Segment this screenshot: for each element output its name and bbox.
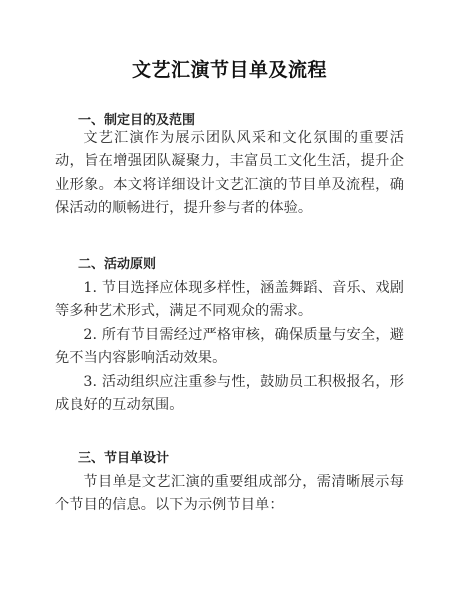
list-item-principle-3: 3. 活动组织应注重参与性，鼓励员工积极报名，形成良好的互动氛围。 — [55, 371, 404, 418]
document-title: 文艺汇演节目单及流程 — [55, 58, 404, 82]
section-heading-principles: 二、活动原则 — [78, 256, 156, 274]
paragraph-program-design: 节目单是文艺汇演的重要组成部分，需清晰展示每个节目的信息。以下为示例节目单： — [55, 471, 404, 518]
section-heading-program-design: 三、节目单设计 — [78, 450, 169, 468]
list-item-principle-1: 1. 节目选择应体现多样性，涵盖舞蹈、音乐、戏剧等多种艺术形式，满足不同观众的需… — [55, 277, 404, 324]
list-item-principle-2: 2. 所有节目需经过严格审核，确保质量与安全，避免不当内容影响活动效果。 — [55, 324, 404, 371]
paragraph-purpose: 文艺汇演作为展示团队风采和文化氛围的重要活动，旨在增强团队凝聚力，丰富员工文化生… — [55, 127, 404, 220]
